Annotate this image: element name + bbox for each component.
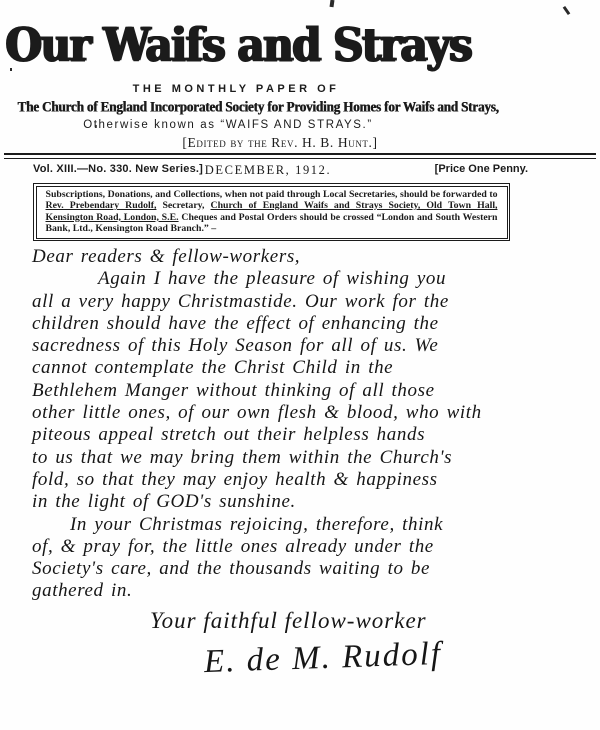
- letter-line: in the light of GOD's sunshine.: [30, 491, 530, 513]
- scan-artifact: [10, 68, 12, 71]
- letter-lines: Dear readers & fellow-workers,Again I ha…: [30, 246, 530, 603]
- letter-line: all a very happy Christmastide. Our work…: [30, 291, 530, 313]
- letter-line: cannot contemplate the Christ Child in t…: [30, 357, 530, 379]
- letter-line: gathered in.: [30, 580, 530, 602]
- letter-line: piteous appeal stretch out their helples…: [30, 424, 530, 446]
- letter-line: Society's care, and the thousands waitin…: [30, 558, 530, 580]
- letter-line: Again I have the pleasure of wishing you: [30, 268, 530, 290]
- letter-valediction: Your faithful fellow-worker: [150, 608, 427, 634]
- scan-artifact: [95, 125, 97, 127]
- notice-segment: Rev. Prebendary Rudolf,: [46, 200, 157, 211]
- notice-segment: Secretary,: [156, 200, 210, 211]
- letter-line: fold, so that they may enjoy health & ha…: [30, 469, 530, 491]
- letter-line: In your Christmas rejoicing, therefore, …: [30, 514, 530, 536]
- letter-line: sacredness of this Holy Season for all o…: [30, 335, 530, 357]
- notice-segment: Subscriptions, Donations, and Collection…: [46, 189, 498, 200]
- notice-box: Subscriptions, Donations, and Collection…: [33, 183, 510, 241]
- volume-number: Vol. XIII.—No. 330. New Series.]: [33, 163, 203, 175]
- paper-title: Our Waifs and Strays: [0, 18, 538, 72]
- letter-line: of, & pray for, the little ones already …: [30, 536, 530, 558]
- letter-line: children should have the effect of enhan…: [30, 313, 530, 335]
- monthly-paper-subtitle: THE MONTHLY PAPER OF: [0, 83, 536, 95]
- scan-artifact: [330, 0, 335, 7]
- masthead-rule-thick: [4, 153, 596, 155]
- society-name-line: The Church of England Incorporated Socie…: [0, 98, 558, 115]
- notice-text: Subscriptions, Donations, and Collection…: [36, 186, 508, 239]
- editor-line: [Edited by the Rev. H. B. Hunt.]: [0, 135, 580, 151]
- letter-signature: E. de M. Rudolf: [203, 636, 442, 681]
- masthead-rule-thin: [4, 158, 596, 159]
- letter-line: other little ones, of our own flesh & bl…: [30, 402, 530, 424]
- otherwise-known-as-line: Otherwise known as “WAIFS AND STRAYS.”: [0, 119, 528, 131]
- issue-date: DECEMBER, 1912.: [205, 163, 331, 178]
- scanned-page: { "colors": { "ink": "#1b1b1b", "paper":…: [0, 0, 600, 730]
- letter-line: to us that we may bring them within the …: [30, 447, 530, 469]
- letter-line: Bethlehem Manger without thinking of all…: [30, 380, 530, 402]
- letter-line: Dear readers & fellow-workers,: [30, 246, 530, 268]
- issue-price: [Price One Penny.: [435, 163, 528, 175]
- issue-info-row: Vol. XIII.—No. 330. New Series.] DECEMBE…: [0, 163, 600, 179]
- scan-artifact: [563, 6, 571, 15]
